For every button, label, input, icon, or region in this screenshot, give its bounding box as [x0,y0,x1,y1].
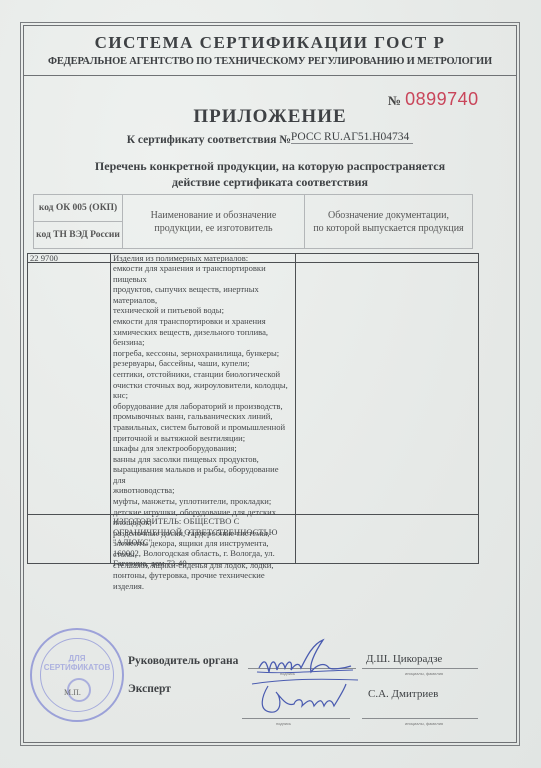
description-line: травильных, систем бытовой и промышленно… [113,422,293,433]
product-table: 22 9700 Изделия из полимерных материалов… [27,253,479,564]
description-line: муфты, манжеты, уплотнители, прокладки; [113,496,293,507]
head-signature-icon [255,638,355,680]
expert-signature-icon [248,676,360,718]
expert-signature-line [242,718,350,719]
stamp-text-2: СЕРТИФИКАТОВ [32,663,122,672]
okp-code-header: код ОК 005 (ОКП) [34,195,122,222]
description-line: приточной и вытяжной вентиляции; [113,433,293,444]
agency-name: ФЕДЕРАЛЬНОЕ АГЕНТСТВО ПО ТЕХНИЧЕСКОМУ РЕ… [23,56,517,67]
manufacturer-info: ИЗГОТОВИТЕЛЬ: ОБЩЕСТВО СОГРАНИЧЕННОЙ ОТВ… [111,515,296,563]
certificate-number: РОСС RU.АГ51.Н04734 [291,131,413,144]
description-line: погреба, кессоны, зернохранилища, бункер… [113,348,293,359]
certification-stamp: ДЛЯ СЕРТИФИКАТОВ М.П. [30,628,124,722]
product-documentation [296,515,478,563]
description-line: шкафы для электрооборудования; [113,443,293,454]
list-title: Перечень конкретной продукции, на котору… [23,158,517,190]
description-line: химических веществ, дизельного топлива, … [113,327,293,348]
head-name-caption: инициалы, фамилия [405,671,443,676]
head-name-line [362,668,478,669]
description-line: ванны для засолки пищевых продуктов, [113,454,293,465]
certificate-reference: К сертификату соответствия №РОСС RU.АГ51… [23,134,517,146]
product-code: 22 9700 [28,254,111,262]
description-line: Гагарина, дом 73-40 [113,558,293,569]
product-name-header-line-1: Наименование и обозначение [151,209,277,222]
documentation-header-line-1: Обозначение документации, [313,209,463,222]
description-line: продуктов, сыпучих веществ, инертных мат… [113,284,293,305]
product-description: Изделия из полимерных материалов: [111,254,296,262]
stamp-text-1: ДЛЯ [32,654,122,663]
table-row: 22 9700 Изделия из полимерных материалов… [28,254,478,263]
expert-signature-caption: подпись [276,721,291,726]
description-line: промывочных ванн, гальванических линий, [113,411,293,422]
table-row: емкости для хранения и транспортировки п… [28,263,478,515]
product-code [28,515,111,563]
head-role-label: Руководитель органа [128,655,238,667]
list-title-line-2: действие сертификата соответствия [23,174,517,190]
expert-role-label: Эксперт [128,683,171,695]
description-line: ИЗГОТОВИТЕЛЬ: ОБЩЕСТВО С [113,516,293,527]
code-columns-header: код ОК 005 (ОКП) код ТН ВЭД России [34,195,123,248]
description-line: емкости для транспортировки и хранения [113,316,293,327]
description-line: очистки сточных вод, жироуловители, коло… [113,380,293,391]
table-header: код ОК 005 (ОКП) код ТН ВЭД России Наиме… [33,194,473,249]
header-separator [23,75,517,76]
list-title-line-1: Перечень конкретной продукции, на котору… [23,158,517,174]
description-line: резервуары, бассейны, чаши, купели; [113,358,293,369]
expert-name-caption: инициалы, фамилия [405,721,443,726]
description-line: ОГРАНИЧЕННОЙ ОТВЕТСТВЕННОСТЬЮ [113,527,293,538]
description-line: понтоны, футеровка, прочие технические и… [113,570,293,591]
description-line: животноводства; [113,485,293,496]
description-line: кнс; [113,390,293,401]
description-line: выращивания мальков и рыбы, оборудование… [113,464,293,485]
expert-name: С.А. Дмитриев [368,688,438,700]
documentation-header-line-2: по которой выпускается продукция [313,222,463,235]
description-line: Изделия из полимерных материалов: [113,254,293,263]
product-documentation [296,254,478,262]
product-description: емкости для хранения и транспортировки п… [111,263,296,514]
product-name-header: Наименование и обозначение продукции, ее… [123,195,305,248]
description-line: 160002, Вологодская область, г. Вологда,… [113,548,293,559]
expert-name-line [362,718,478,719]
description-line: "АЛЮКС" [113,537,293,548]
description-line: септики, отстойники, станции биологическ… [113,369,293,380]
product-documentation [296,263,478,514]
documentation-header: Обозначение документации, по которой вып… [305,195,472,248]
table-row: ИЗГОТОВИТЕЛЬ: ОБЩЕСТВО СОГРАНИЧЕННОЙ ОТВ… [28,515,478,563]
certificate-label: К сертификату соответствия № [127,134,291,146]
product-code [28,263,111,514]
description-line: емкости для хранения и транспортировки п… [113,263,293,284]
description-line: технической и питьевой воды; [113,305,293,316]
head-name: Д.Ш. Цикорадзе [366,653,442,665]
stamp-place-label: М.П. [64,688,81,697]
system-title: СИСТЕМА СЕРТИФИКАЦИИ ГОСТ Р [23,33,517,53]
description-line: оборудование для лабораторий и производс… [113,401,293,412]
annex-title: ПРИЛОЖЕНИЕ [23,106,517,128]
tn-ved-code-header: код ТН ВЭД России [34,222,122,248]
product-name-header-line-2: продукции, ее изготовитель [151,222,277,235]
